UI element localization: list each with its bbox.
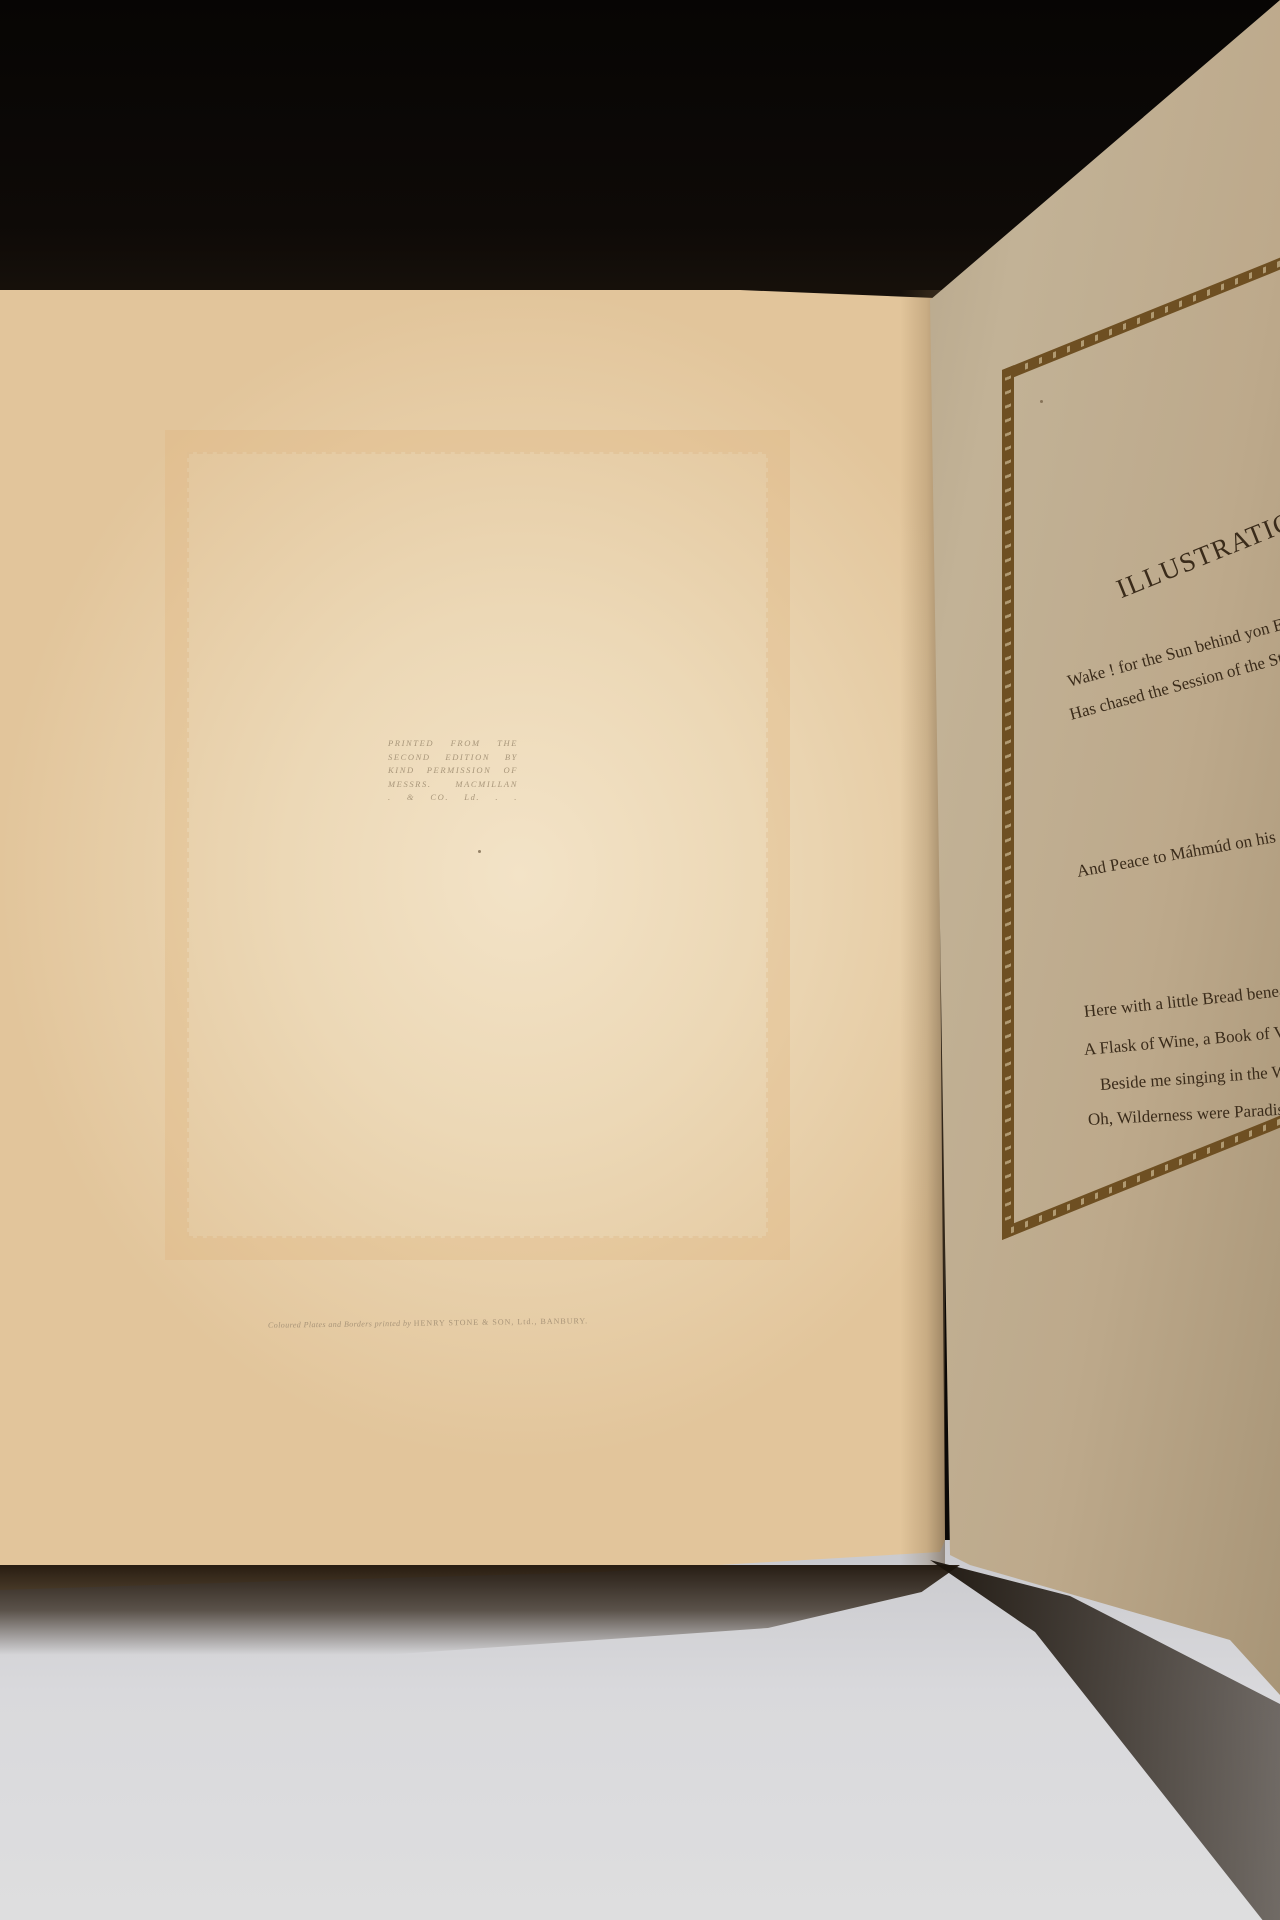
imprint-line: . & CO. Ld. . . — [388, 791, 518, 805]
imprint-line: MESSRS. MACMILLAN — [388, 778, 518, 792]
faded-border-impression — [165, 430, 790, 1260]
paper-speck — [1040, 400, 1043, 403]
edition-imprint: PRINTED FROM THE SECOND EDITION BY KIND … — [388, 737, 518, 805]
paper-speck — [478, 850, 481, 853]
border-left — [1002, 365, 1014, 1240]
imprint-line: PRINTED FROM THE — [388, 737, 518, 751]
imprint-line: KIND PERMISSION OF — [388, 764, 518, 778]
imprint-line: SECOND EDITION BY — [388, 751, 518, 765]
